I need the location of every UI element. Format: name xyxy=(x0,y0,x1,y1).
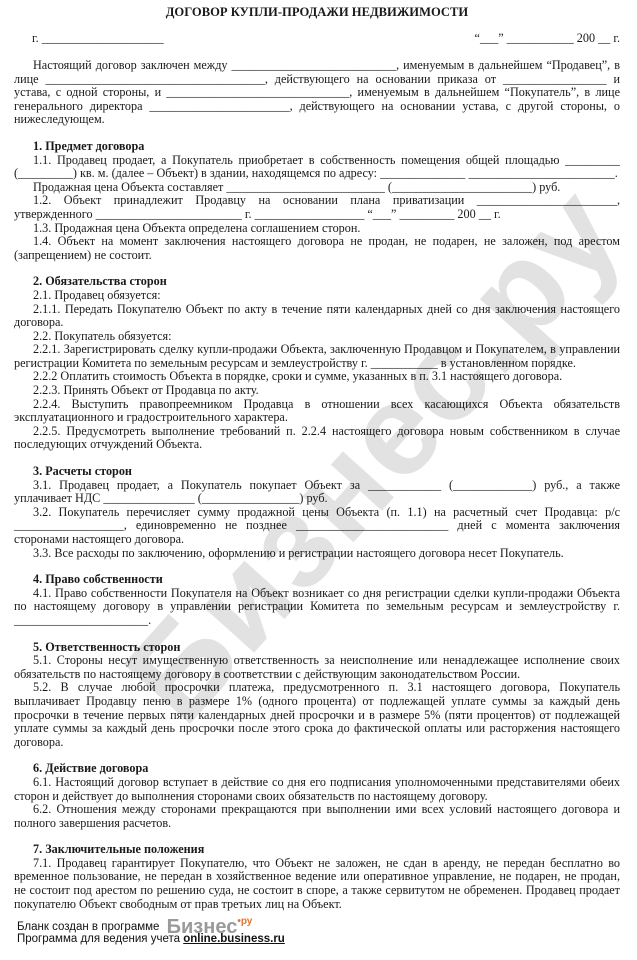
section-paragraph: Продажная цена Объекта составляет ______… xyxy=(14,181,620,195)
footer: Бланк создан в программе Бизнес•ру Прогр… xyxy=(17,916,285,945)
section-paragraph: 2.2.3. Принять Объект от Продавца по акт… xyxy=(14,384,620,398)
footer-program-label: Программа для ведения учета xyxy=(17,933,180,945)
section-paragraph: 2.2.4. Выступить правопреемником Продавц… xyxy=(14,398,620,425)
place-date-row: г. ____________________ “___” __________… xyxy=(14,32,620,46)
footer-link[interactable]: online.business.ru xyxy=(183,933,285,945)
section-paragraph: 1.4. Объект на момент заключения настоящ… xyxy=(14,235,620,262)
section-heading: 2. Обязательства сторон xyxy=(14,275,620,289)
section-paragraph: 3.2. Покупатель перечисляет сумму продаж… xyxy=(14,506,620,547)
city-field: г. ____________________ xyxy=(32,32,164,46)
section-paragraph: 3.3. Все расходы по заключению, оформлен… xyxy=(14,547,620,561)
section-paragraph: 1.3. Продажная цена Объекта определена с… xyxy=(14,222,620,236)
section-paragraph: 2.2.5. Предусмотреть выполнение требован… xyxy=(14,425,620,452)
section-paragraph: 1.2. Объект принадлежит Продавцу на осно… xyxy=(14,194,620,221)
section-paragraph: 2.2.1. Зарегистрировать сделку купли-про… xyxy=(14,343,620,370)
section-paragraph: 6.2. Отношения между сторонами прекращаю… xyxy=(14,803,620,830)
section-heading: 7. Заключительные положения xyxy=(14,843,620,857)
section-heading: 4. Право собственности xyxy=(14,573,620,587)
section-heading: 6. Действие договора xyxy=(14,762,620,776)
date-field: “___” ___________ 200 __ г. xyxy=(475,32,620,46)
intro-paragraph: Настоящий договор заключен между _______… xyxy=(14,59,620,127)
section-paragraph: 3.1. Продавец продает, а Покупатель поку… xyxy=(14,479,620,506)
section-paragraph: 4.1. Право собственности Покупателя на О… xyxy=(14,587,620,628)
section-heading: 3. Расчеты сторон xyxy=(14,465,620,479)
section-paragraph: 6.1. Настоящий договор вступает в действ… xyxy=(14,776,620,803)
section-heading: 1. Предмет договора xyxy=(14,140,620,154)
section-heading: 5. Ответственность сторон xyxy=(14,641,620,655)
section-paragraph: 2.1. Продавец обязуется: xyxy=(14,289,620,303)
section-paragraph: 2.1.1. Передать Покупателю Объект по акт… xyxy=(14,303,620,330)
section-paragraph: 1.1. Продавец продает, а Покупатель прио… xyxy=(14,154,620,181)
footer-created-label: Бланк создан в программе xyxy=(17,921,159,933)
sections-container: 1. Предмет договора1.1. Продавец продает… xyxy=(14,140,620,911)
section-paragraph: 5.2. В случае любой просрочки платежа, п… xyxy=(14,681,620,749)
section-paragraph: 7.1. Продавец гарантирует Покупателю, чт… xyxy=(14,857,620,911)
contract-document: ДОГОВОР КУПЛИ-ПРОДАЖИ НЕДВИЖИМОСТИ г. __… xyxy=(14,0,620,911)
document-title: ДОГОВОР КУПЛИ-ПРОДАЖИ НЕДВИЖИМОСТИ xyxy=(14,4,620,20)
section-paragraph: 5.1. Стороны несут имущественную ответст… xyxy=(14,654,620,681)
section-paragraph: 2.2. Покупатель обязуется: xyxy=(14,330,620,344)
section-paragraph: 2.2.2 Оплатить стоимость Объекта в поряд… xyxy=(14,370,620,384)
